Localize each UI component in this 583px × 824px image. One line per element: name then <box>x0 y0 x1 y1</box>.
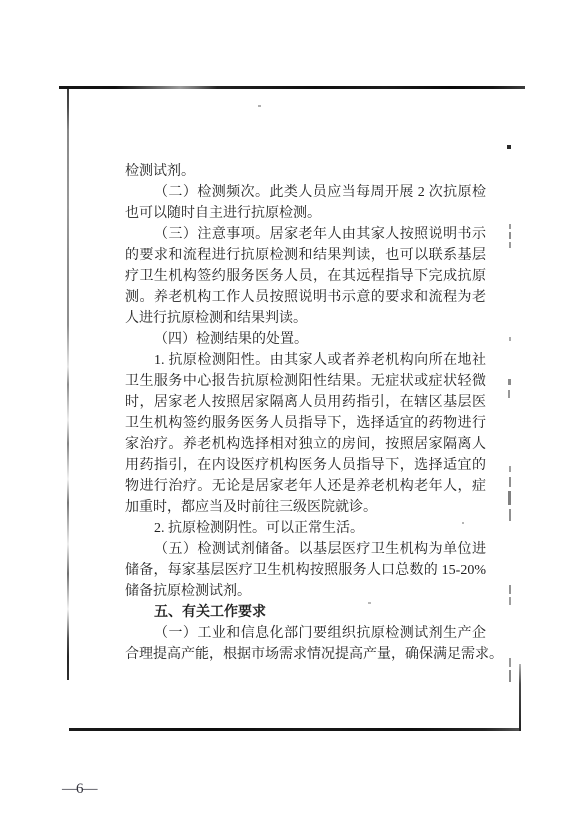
text-line: 加重时，都应当及时前往三级医院就诊。 <box>125 497 486 518</box>
text-line: 检测试剂。 <box>125 161 486 182</box>
scan-edge-left <box>67 89 69 680</box>
scan-edge-bottom <box>69 728 521 731</box>
text-line: （二）检测频次。此类人员应当每周开展 2 次抗原检测， <box>125 182 486 203</box>
text-line: 的要求和流程进行抗原检测和结果判读，也可以联系基层医 <box>125 245 486 266</box>
text-line: 2. 抗原检测阴性。可以正常生活。 <box>125 518 486 539</box>
text-line: 合理提高产能，根据市场需求情况提高产量，确保满足需求。 <box>125 644 486 665</box>
text-line: （三）注意事项。居家老年人由其家人按照说明书示意 <box>125 224 486 245</box>
text-line: （四）检测结果的处置。 <box>125 329 486 350</box>
scanned-document-page: 检测试剂。（二）检测频次。此类人员应当每周开展 2 次抗原检测，也可以随时自主进… <box>0 0 583 824</box>
page-number: —6— <box>62 780 97 798</box>
text-line: （一）工业和信息化部门要组织抗原检测试剂生产企业 <box>125 623 486 644</box>
scan-edge-top <box>59 86 525 89</box>
text-line: 用药指引，在内设医疗机构医务人员指导下，选择适宜的药 <box>125 455 486 476</box>
text-line: 卫生机构签约服务医务人员指导下，选择适宜的药物进行居 <box>125 413 486 434</box>
text-line: 储备，每家基层医疗卫生机构按照服务人口总数的 15-20% <box>125 560 486 581</box>
text-line: 卫生服务中心报告抗原检测阳性结果。无症状或症状轻微 <box>125 371 486 392</box>
text-line: 也可以随时自主进行抗原检测。 <box>125 203 486 224</box>
text-line: 五、有关工作要求 <box>125 602 486 623</box>
text-line: 储备抗原检测试剂。 <box>125 581 486 602</box>
text-line: 测。养老机构工作人员按照说明书示意的要求和流程为老年 <box>125 287 486 308</box>
text-line: 1. 抗原检测阳性。由其家人或者养老机构向所在地社区 <box>125 350 486 371</box>
text-line: 疗卫生机构签约服务医务人员，在其远程指导下完成抗原检 <box>125 266 486 287</box>
text-line: 家治疗。养老机构选择相对独立的房间，按照居家隔离人员 <box>125 434 486 455</box>
text-line: （五）检测试剂储备。以基层医疗卫生机构为单位进行 <box>125 539 486 560</box>
scan-edge-right <box>519 664 521 731</box>
text-line: 时，居家老人按照居家隔离人员用药指引，在辖区基层医疗 <box>125 392 486 413</box>
text-line: 人进行抗原检测和结果判读。 <box>125 308 486 329</box>
text-line: 物进行治疗。无论是居家老年人还是养老机构老年人，症状 <box>125 476 486 497</box>
document-body: 检测试剂。（二）检测频次。此类人员应当每周开展 2 次抗原检测，也可以随时自主进… <box>125 161 486 665</box>
